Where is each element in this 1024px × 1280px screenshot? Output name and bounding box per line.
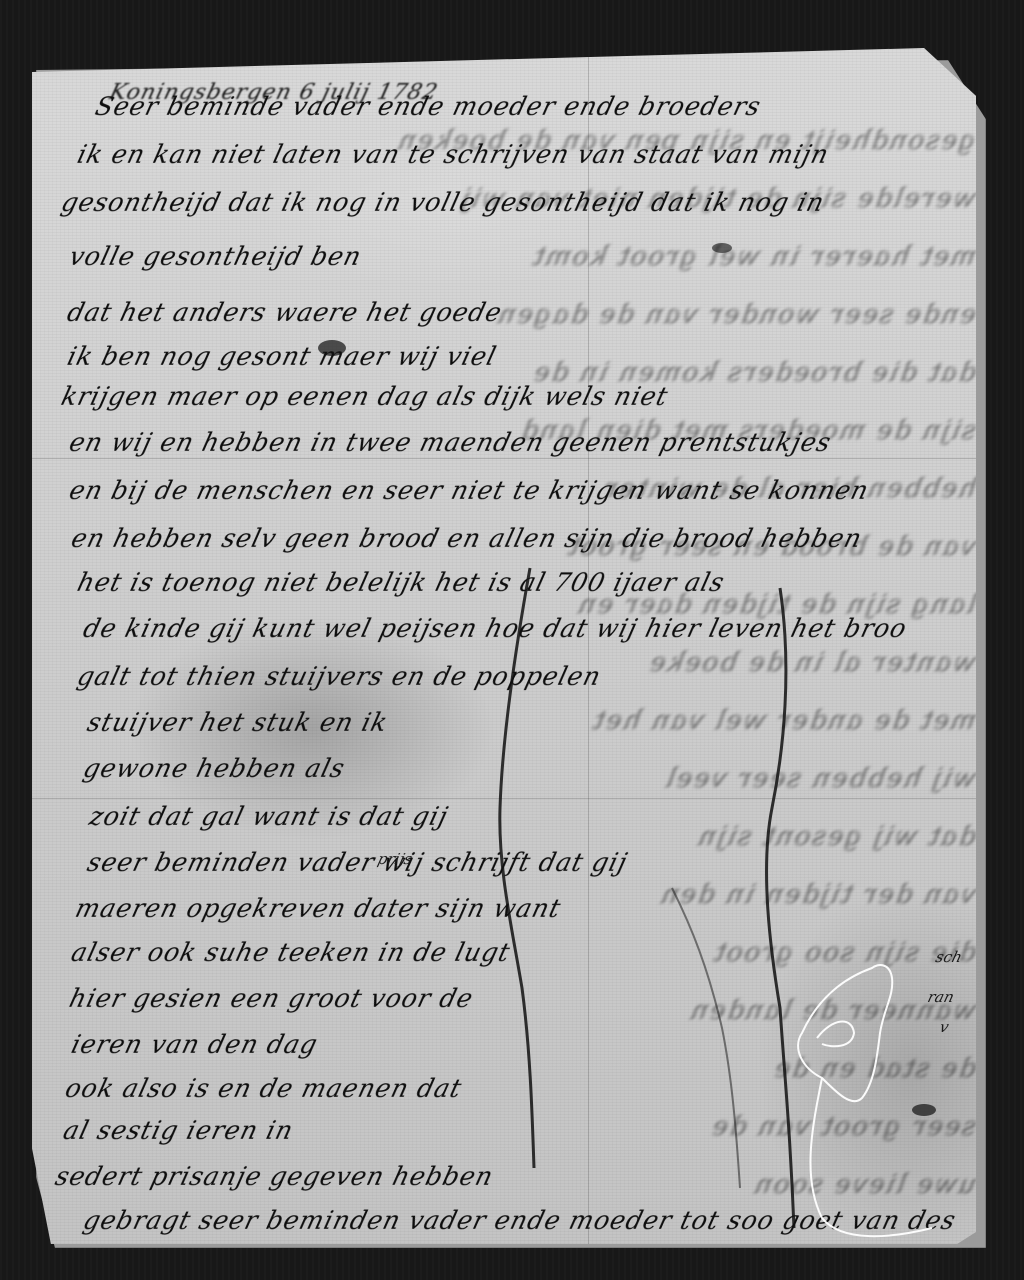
handwritten-line: sedert prisanje gegeven hebben bbox=[52, 1162, 496, 1191]
paper-texture bbox=[32, 48, 976, 1244]
handwritten-line: hier gesien een groot voor de bbox=[66, 984, 476, 1013]
vertical-pen-stroke bbox=[767, 588, 794, 1228]
ink-blot bbox=[712, 243, 732, 253]
hair-artifact bbox=[798, 965, 932, 1236]
margin-note: prijs bbox=[376, 850, 414, 868]
handwritten-line: het is toenog niet belelijk het is al 70… bbox=[74, 568, 727, 597]
fold-line bbox=[32, 458, 976, 459]
handwritten-line: krijgen maer op eenen dag als dijk wels … bbox=[58, 382, 671, 411]
handwritten-line: ik ben nog gesont maer wij viel bbox=[64, 342, 499, 371]
ink-blot bbox=[912, 1104, 936, 1116]
handwritten-line: maeren opgekreven dater sijn want bbox=[72, 894, 564, 923]
handwritten-line: ik en kan niet laten van te schrijven va… bbox=[74, 140, 832, 169]
margin-note: ran bbox=[926, 988, 956, 1006]
fold-line bbox=[32, 798, 976, 799]
handwritten-line: en hebben selv geen brood en allen sijn … bbox=[68, 524, 865, 553]
handwritten-line: volle gesontheijd ben bbox=[66, 242, 364, 271]
handwritten-line: galt tot thien stuijvers en de poppelen bbox=[74, 662, 604, 691]
handwritten-line: gebragt seer beminden vader ende moeder … bbox=[80, 1206, 959, 1235]
handwritten-line: ook also is en de maenen dat bbox=[62, 1074, 465, 1103]
handwritten-line: stuijver het stuk en ik bbox=[84, 708, 391, 737]
handwritten-line: dat het anders waere het goede bbox=[64, 298, 505, 327]
margin-note: v bbox=[938, 1018, 951, 1036]
handwritten-line: seer beminden vader wij schrijft dat gij bbox=[84, 848, 630, 877]
margin-note: sch bbox=[934, 948, 964, 966]
handwritten-line: de kinde gij kunt wel peijsen hoe dat wi… bbox=[80, 614, 910, 643]
handwritten-line: gewone hebben als bbox=[80, 754, 348, 783]
handwritten-line: alser ook suhe teeken in de lugt bbox=[68, 938, 513, 967]
handwritten-line: al sestig ieren in bbox=[60, 1116, 296, 1145]
handwritten-line: zoit dat gal want is dat gij bbox=[86, 802, 451, 831]
handwritten-line: ieren van den dag bbox=[68, 1030, 321, 1059]
handwritten-line: gesontheijd dat ik nog in volle gesonthe… bbox=[58, 188, 827, 217]
handwritten-line: Seer beminde vader ende moeder ende broe… bbox=[92, 92, 764, 121]
letter-page: gesondheijt en sijn pen van de boekenwer… bbox=[32, 48, 976, 1244]
handwritten-line: en bij de menschen en seer niet te krijg… bbox=[66, 476, 872, 505]
handwritten-line: en wij en hebben in twee maenden geenen … bbox=[66, 428, 834, 457]
pen-strokes-overlay bbox=[32, 48, 976, 1244]
vertical-pen-stroke bbox=[672, 888, 740, 1188]
fold-line bbox=[588, 48, 589, 1244]
